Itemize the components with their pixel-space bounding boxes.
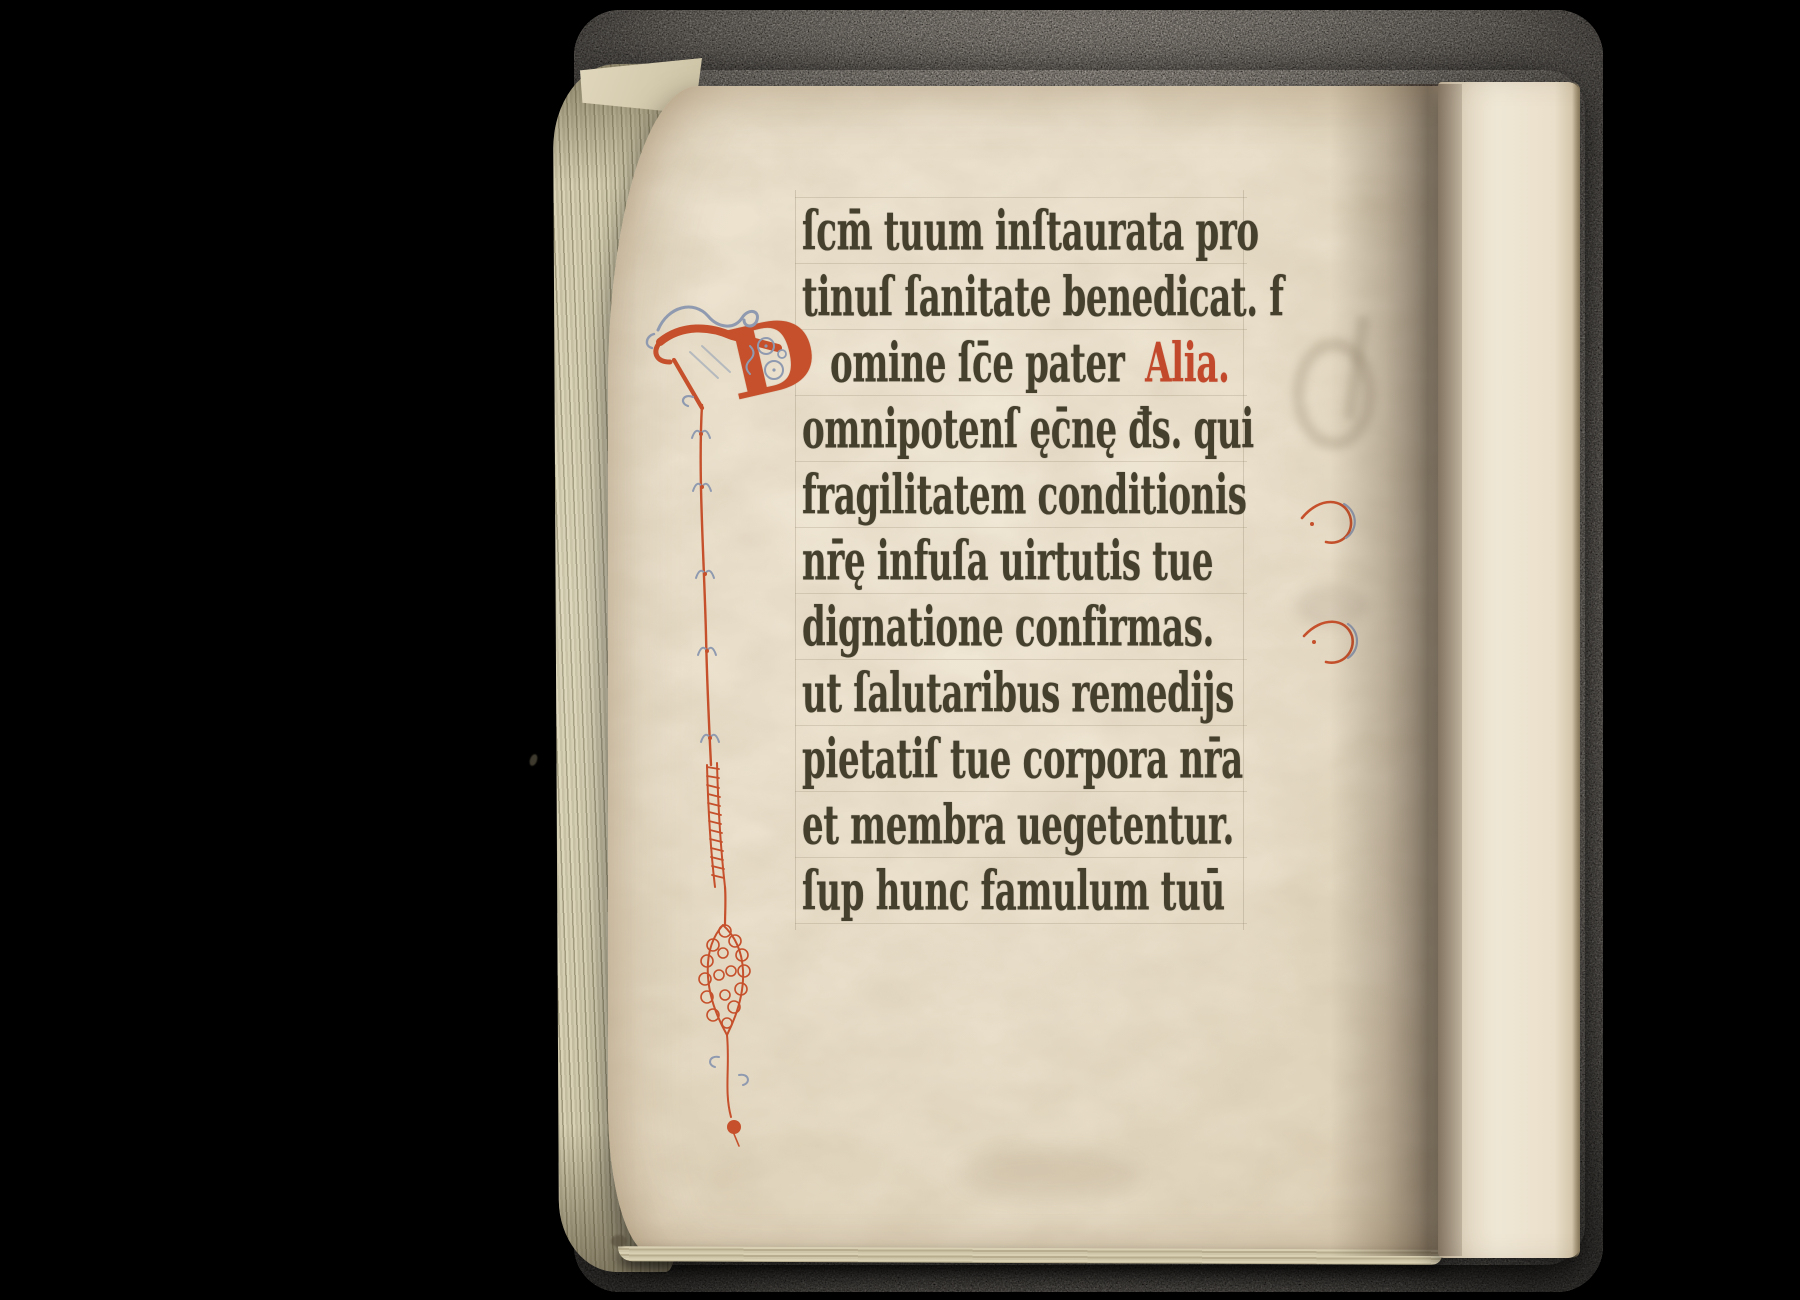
- manuscript-line-5: fragilitatem conditionis: [802, 463, 1246, 527]
- line-text: tinuſ ſanitate benedicat. f: [802, 265, 1283, 329]
- line-text: ſup hunc famulum tuū: [802, 859, 1225, 923]
- photograph-of-manuscript: ſcm̄ tuum inſtaurata pro tinuſ ſanitate …: [0, 0, 1800, 1300]
- margin-penwork-flourish: [655, 375, 785, 1175]
- facing-page-penwork: [1292, 478, 1392, 708]
- rubric-alia: Alia.: [1145, 331, 1229, 395]
- manuscript-line-1: ſcm̄ tuum inſtaurata pro: [802, 199, 1259, 263]
- line-text: et membra uegetentur.: [802, 793, 1234, 857]
- ink-smudge: [611, 1235, 627, 1247]
- line-text: dignatione confirmas.: [802, 595, 1214, 659]
- manuscript-line-2: tinuſ ſanitate benedicat. f: [802, 265, 1283, 329]
- line-text: ut ſalutaribus remedijs: [802, 661, 1234, 725]
- manuscript-line-4: omnipotenſ ęc̄nę đs. qui: [802, 397, 1254, 461]
- line-text: pietatiſ tue corpora nr̄a: [802, 727, 1243, 791]
- manuscript-line-9: pietatiſ tue corpora nr̄a: [802, 727, 1243, 791]
- manuscript-line-10: et membra uegetentur.: [802, 793, 1234, 857]
- facing-page-edge: [1438, 82, 1580, 1258]
- ink-speck: [528, 753, 539, 767]
- manuscript-line-11: ſup hunc famulum tuū: [802, 859, 1225, 923]
- manuscript-line-7: dignatione confirmas.: [802, 595, 1214, 659]
- line-text: omine ſc̄e pater: [830, 331, 1124, 395]
- line-text: nr̄ę infuſa uirtutis tue: [802, 529, 1213, 593]
- line-text: ſcm̄ tuum inſtaurata pro: [802, 199, 1259, 263]
- manuscript-line-8: ut ſalutaribus remedijs: [802, 661, 1234, 725]
- parchment-stain: [955, 1148, 1140, 1200]
- manuscript-line-6: nr̄ę infuſa uirtutis tue: [802, 529, 1213, 593]
- line-text: omnipotenſ ęc̄nę đs. qui: [802, 397, 1254, 461]
- line-text: fragilitatem conditionis: [802, 463, 1246, 527]
- manuscript-line-3: omine ſc̄e paterAlia.: [830, 331, 1229, 395]
